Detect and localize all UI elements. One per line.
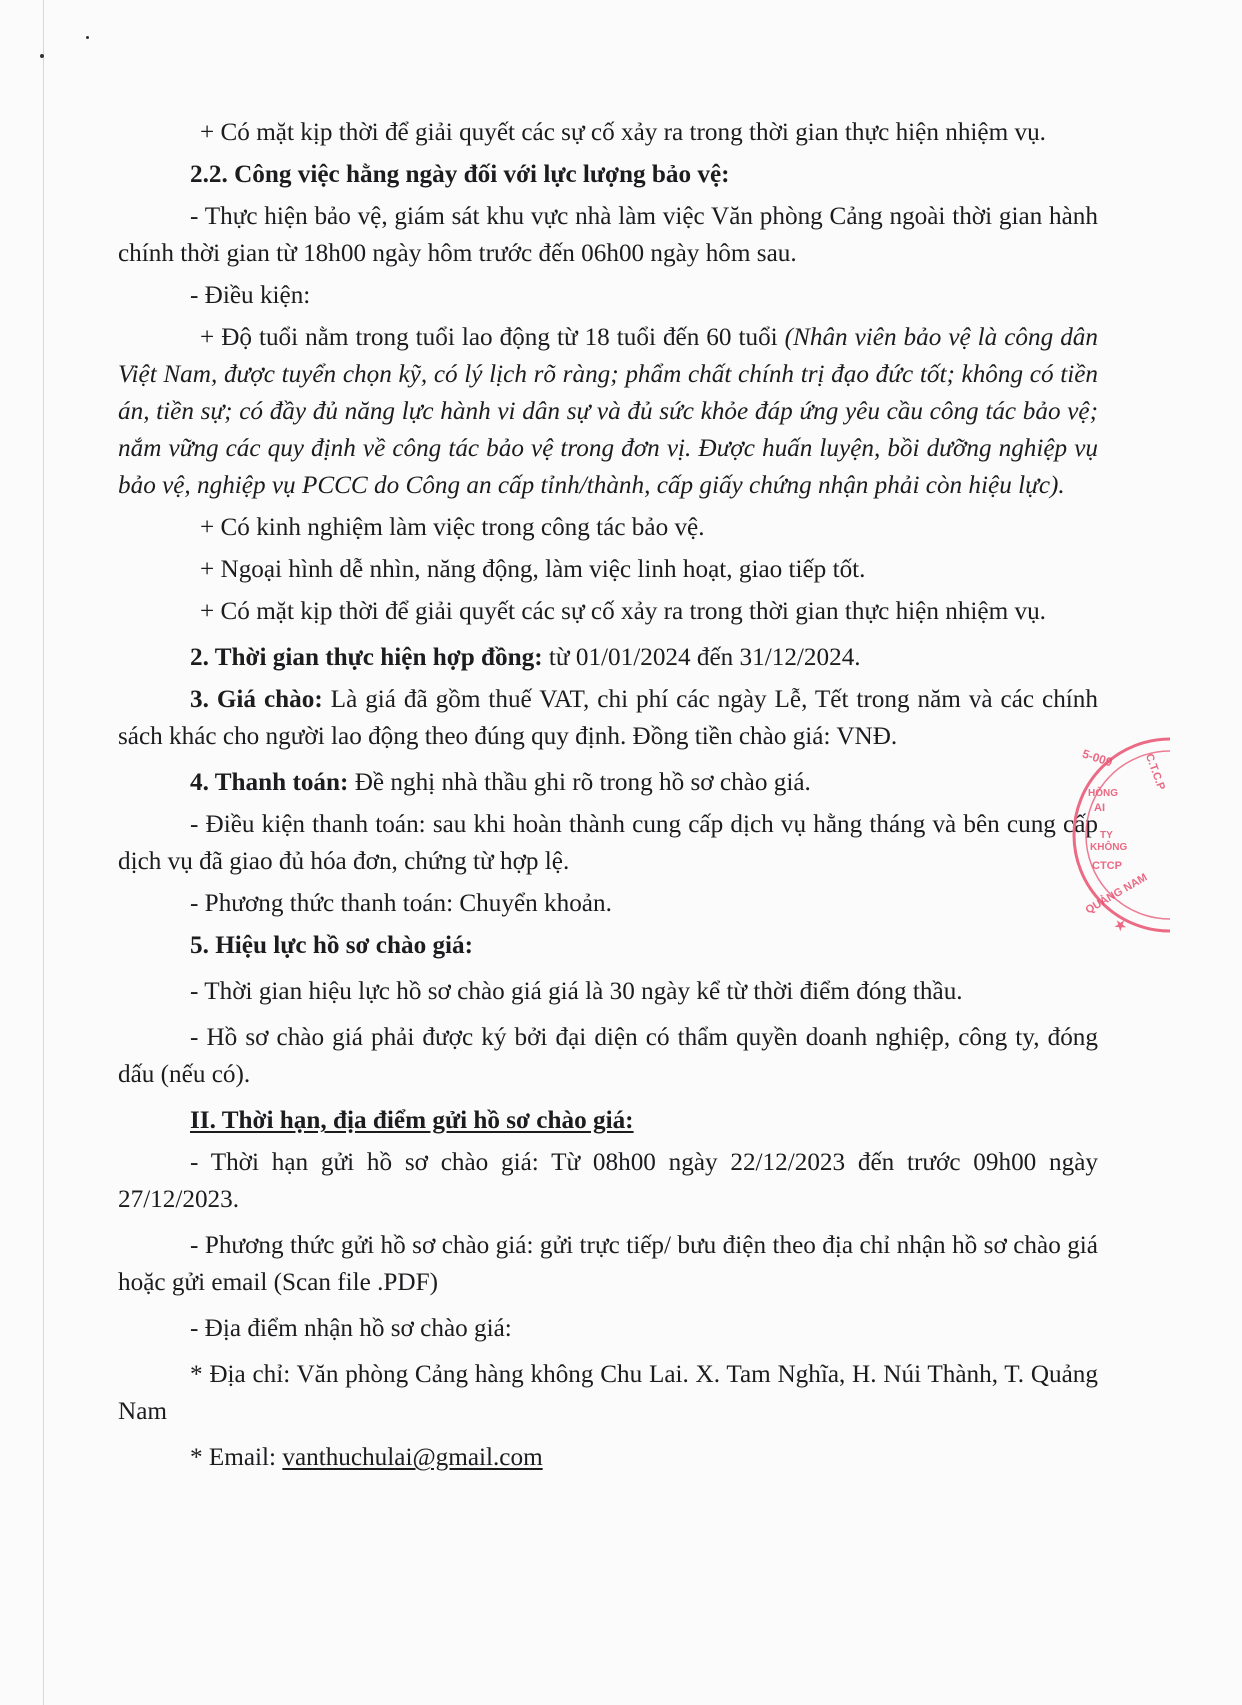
scan-speck	[40, 54, 44, 58]
stamp-star-icon: ★	[1111, 915, 1129, 934]
age-requirement-text: + Độ tuổi nằm trong tuổi lao động từ 18 …	[200, 324, 785, 351]
email-label: * Email:	[190, 1444, 282, 1471]
heading-submission: II. Thời hạn, địa điểm gửi hồ sơ chào gi…	[118, 1102, 1098, 1139]
scan-edge-line	[43, 0, 44, 1705]
paragraph-contract-period: 2. Thời gian thực hiện hợp đồng: từ 01/0…	[118, 639, 1098, 676]
paragraph-presence-2: + Có mặt kịp thời để giải quyết các sự c…	[118, 593, 1098, 630]
paragraph-address: * Địa chỉ: Văn phòng Cảng hàng không Chu…	[118, 1356, 1098, 1430]
paragraph-offer-price: 3. Giá chào: Là giá đã gồm thuế VAT, chi…	[118, 681, 1098, 755]
paragraph-submission-location: - Địa điểm nhận hồ sơ chào giá:	[118, 1310, 1098, 1347]
contract-period-value: từ 01/01/2024 đến 31/12/2024.	[543, 644, 861, 671]
paragraph-experience: + Có kinh nghiệm làm việc trong công tác…	[118, 509, 1098, 546]
paragraph-submission-method: - Phương thức gửi hồ sơ chào giá: gửi tr…	[118, 1227, 1098, 1301]
paragraph-guard-duty: - Thực hiện bảo vệ, giám sát khu vực nhà…	[118, 198, 1098, 272]
paragraph-presence: + Có mặt kịp thời để giải quyết các sự c…	[118, 114, 1098, 151]
paragraph-payment: 4. Thanh toán: Đề nghị nhà thầu ghi rõ t…	[118, 764, 1098, 801]
paragraph-conditions: - Điều kiện:	[118, 277, 1098, 314]
paragraph-signature: - Hồ sơ chào giá phải được ký bởi đại di…	[118, 1019, 1098, 1093]
document-page: + Có mặt kịp thời để giải quyết các sự c…	[118, 114, 1098, 1476]
paragraph-age-requirement: + Độ tuổi nằm trong tuổi lao động từ 18 …	[118, 319, 1098, 504]
heading-offer-validity: 5. Hiệu lực hồ sơ chào giá:	[118, 927, 1098, 964]
payment-text: Đề nghị nhà thầu ghi rõ trong hồ sơ chào…	[348, 769, 810, 796]
heading-daily-work: 2.2. Công việc hằng ngày đối với lực lượ…	[118, 156, 1098, 193]
offer-price-label: 3. Giá chào:	[190, 686, 323, 713]
paragraph-submission-deadline: - Thời hạn gửi hồ sơ chào giá: Từ 08h00 …	[118, 1144, 1098, 1218]
paragraph-payment-conditions: - Điều kiện thanh toán: sau khi hoàn thà…	[118, 806, 1098, 880]
paragraph-payment-method: - Phương thức thanh toán: Chuyển khoản.	[118, 885, 1098, 922]
paragraph-email: * Email: vanthuchulai@gmail.com	[118, 1439, 1098, 1476]
payment-label: 4. Thanh toán:	[190, 769, 348, 796]
stamp-ctcp-arc: C.T.C.P	[1143, 752, 1167, 792]
paragraph-validity-period: - Thời gian hiệu lực hồ sơ chào giá giá …	[118, 973, 1098, 1010]
stamp-fragment: TY	[1100, 830, 1113, 842]
paragraph-appearance: + Ngoại hình dễ nhìn, năng động, làm việ…	[118, 551, 1098, 588]
scan-speck	[86, 36, 89, 39]
contract-period-label: 2. Thời gian thực hiện hợp đồng:	[190, 644, 543, 671]
email-link[interactable]: vanthuchulai@gmail.com	[282, 1444, 542, 1471]
